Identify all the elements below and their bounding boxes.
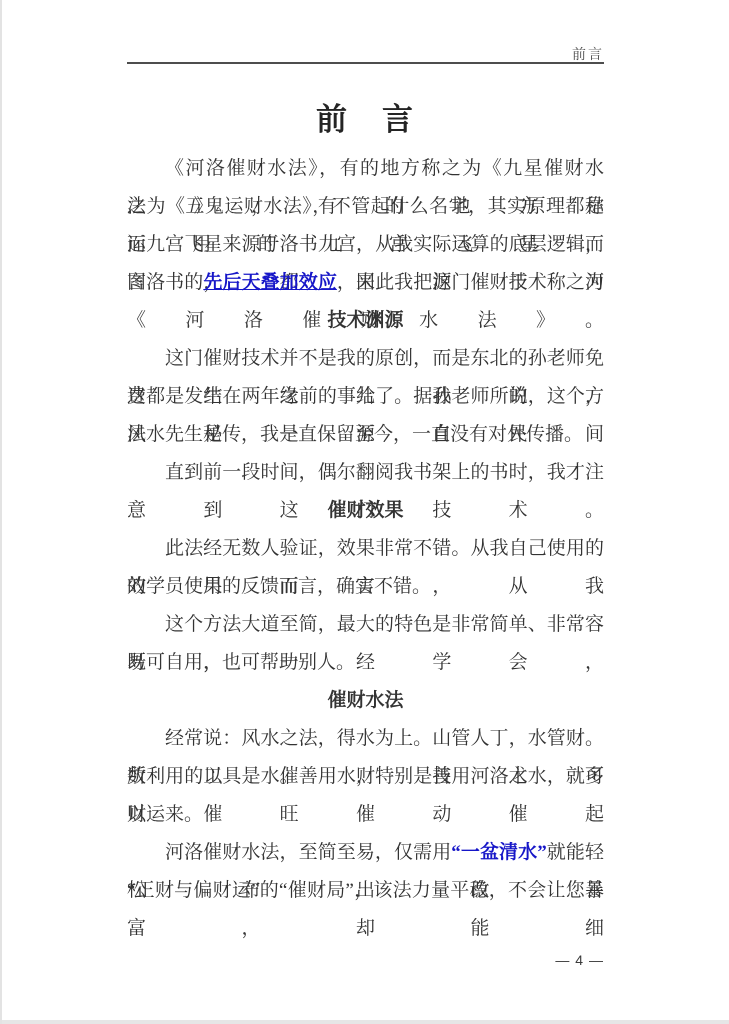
running-head: 前言 [127, 44, 604, 64]
paragraph-line: 图洛书的先后天叠加效应，因此我把这门催财技术称之为《河洛催财水法》。 [127, 264, 604, 302]
hyperlink-xianhoutian[interactable]: 先后天叠加效应 [203, 272, 337, 293]
page-bottom-edge [2, 1020, 729, 1024]
emphasis-yipenqingshui: “一盆清水” [451, 842, 546, 863]
paragraph-line: 之为《五鬼运财水法》，不管起什么名字，其实原理都是运用的九宫飞星， [127, 188, 604, 226]
text-segment: 河洛催财水法，至简至易，仅需用 [165, 842, 451, 863]
paragraph-line: 《河洛催财水法》，有的地方称之为《九星催财水法》，有的地方称 [127, 150, 604, 188]
paragraph-line: 这个方法大道至简，最大的特色是非常简单、非常容易，一经学会， [127, 606, 604, 644]
header-rule [127, 62, 604, 64]
paragraph-line: “正财与偏财运”的“催财局”，该法力量平稳，不会让您暴富，却能细 [127, 872, 604, 910]
paragraph-line: 这都是发生在两年之前的事儿了。据孙老师所说，这个方法是是源自民间 [127, 378, 604, 416]
paragraph-line: 经常说：风水之法，得水为上。山管人丁，水管财。所以催财技术多 [127, 720, 604, 758]
paragraph-line: 这门催财技术并不是我的原创，而是东北的孙老师免费结缘给我的， [127, 340, 604, 378]
section-heading-cuicaishuifa: 催财水法 [127, 682, 604, 720]
paragraph-line: 此法经无数人验证，效果非常不错。从我自己使用的效果而言，从我 [127, 530, 604, 568]
document-title: 前 言 [127, 94, 604, 139]
page-number: — 4 — [127, 952, 604, 968]
paragraph-line: 风水先生秘传，我一直保留至今，一直没有对外传播。 [127, 416, 604, 454]
document-page: 前言 前 言 《河洛催财水法》，有的地方称之为《九星催财水法》，有的地方称 之为… [0, 0, 729, 1024]
document-body: 《河洛催财水法》，有的地方称之为《九星催财水法》，有的地方称 之为《五鬼运财水法… [127, 150, 604, 910]
paragraph-line: 直到前一段时间，偶尔翻阅我书架上的书时，我才注意到这门技术。 [127, 454, 604, 492]
paragraph-line: 而九宫飞星来源于洛书九宫，从我实际运算的底层逻辑而言，都来源于河 [127, 226, 604, 264]
paragraph-line: 河洛催财水法，至简至易，仅需用“一盆清水”就能轻松布出改善 [127, 834, 604, 872]
text-segment: 图洛书的 [127, 272, 203, 293]
paragraph-line: 数利用的工具是水。善用水，特别是善用河洛之水，就可以催旺催动催起 [127, 758, 604, 796]
